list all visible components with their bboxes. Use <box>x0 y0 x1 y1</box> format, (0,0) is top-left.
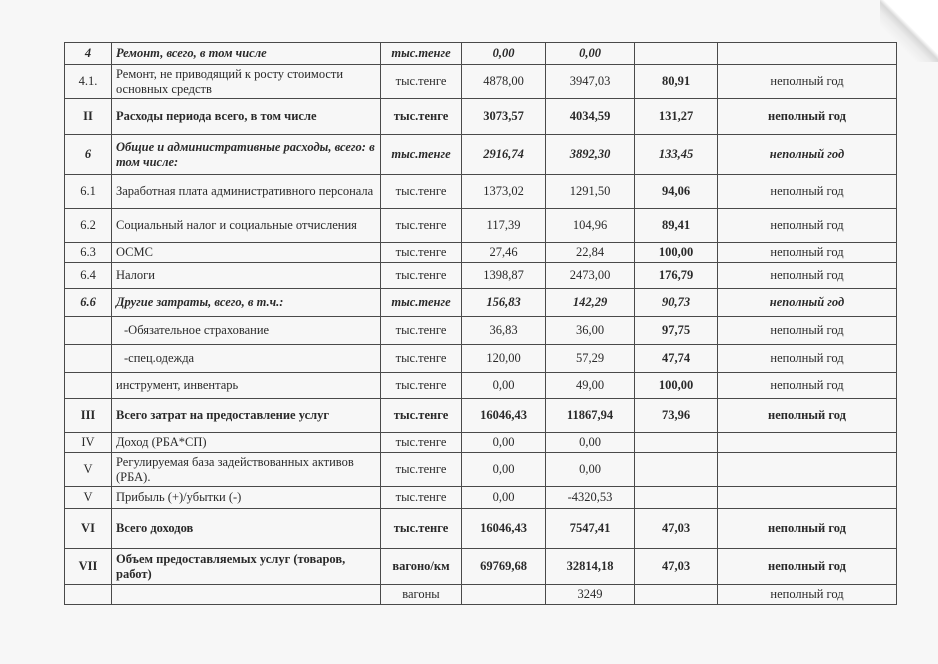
row-value-actual: 142,29 <box>546 289 635 317</box>
table-row: 6Общие и административные расходы, всего… <box>65 135 897 175</box>
row-number: 6.1 <box>65 175 112 209</box>
row-number <box>65 317 112 345</box>
row-unit: тыс.тенге <box>381 289 462 317</box>
row-note: неполный год <box>718 65 897 99</box>
row-value-plan: 0,00 <box>462 453 546 487</box>
financial-report-table: 4Ремонт, всего, в том числетыс.тенге0,00… <box>64 42 897 605</box>
row-item-name: Общие и административные расходы, всего:… <box>112 135 381 175</box>
row-value-actual: 57,29 <box>546 345 635 373</box>
row-item-name: Налоги <box>112 263 381 289</box>
table-row: 6.4Налогитыс.тенге1398,872473,00176,79не… <box>65 263 897 289</box>
row-note: неполный год <box>718 175 897 209</box>
row-percent: 94,06 <box>635 175 718 209</box>
row-note: неполный год <box>718 289 897 317</box>
row-unit: вагоно/км <box>381 549 462 585</box>
row-unit: тыс.тенге <box>381 243 462 263</box>
row-item-name: Ремонт, не приводящий к росту стоимости … <box>112 65 381 99</box>
row-unit: тыс.тенге <box>381 345 462 373</box>
row-item-name: -спец.одежда <box>112 345 381 373</box>
row-item-name: Всего доходов <box>112 509 381 549</box>
table-row: 6.1Заработная плата административного пе… <box>65 175 897 209</box>
row-value-actual: 104,96 <box>546 209 635 243</box>
row-value-actual: 36,00 <box>546 317 635 345</box>
row-value-plan: 0,00 <box>462 373 546 399</box>
row-number: III <box>65 399 112 433</box>
table-row: VПрибыль (+)/убытки (-)тыс.тенге0,00-432… <box>65 487 897 509</box>
row-percent: 80,91 <box>635 65 718 99</box>
row-number: V <box>65 453 112 487</box>
table-row: -спец.одеждатыс.тенге120,0057,2947,74неп… <box>65 345 897 373</box>
table-row: инструмент, инвентарьтыс.тенге0,0049,001… <box>65 373 897 399</box>
row-value-plan: 16046,43 <box>462 509 546 549</box>
row-percent <box>635 433 718 453</box>
row-value-actual: 22,84 <box>546 243 635 263</box>
row-number <box>65 345 112 373</box>
row-number: 6.6 <box>65 289 112 317</box>
row-unit: тыс.тенге <box>381 487 462 509</box>
row-number <box>65 373 112 399</box>
row-item-name: Заработная плата административного персо… <box>112 175 381 209</box>
row-item-name: Прибыль (+)/убытки (-) <box>112 487 381 509</box>
row-unit: тыс.тенге <box>381 399 462 433</box>
row-value-plan: 16046,43 <box>462 399 546 433</box>
row-number: II <box>65 99 112 135</box>
row-note: неполный год <box>718 243 897 263</box>
row-item-name: Регулируемая база задействованных активо… <box>112 453 381 487</box>
row-value-plan: 36,83 <box>462 317 546 345</box>
row-value-plan: 156,83 <box>462 289 546 317</box>
row-value-plan: 0,00 <box>462 433 546 453</box>
row-value-actual: -4320,53 <box>546 487 635 509</box>
row-number: 4.1. <box>65 65 112 99</box>
row-value-actual: 0,00 <box>546 453 635 487</box>
row-value-plan: 27,46 <box>462 243 546 263</box>
row-item-name: инструмент, инвентарь <box>112 373 381 399</box>
row-note: неполный год <box>718 399 897 433</box>
row-note: неполный год <box>718 209 897 243</box>
row-number: 6.2 <box>65 209 112 243</box>
row-percent: 47,74 <box>635 345 718 373</box>
table-row: 6.2Социальный налог и социальные отчисле… <box>65 209 897 243</box>
row-number: VII <box>65 549 112 585</box>
row-value-actual: 3249 <box>546 585 635 605</box>
row-unit: тыс.тенге <box>381 209 462 243</box>
row-unit: тыс.тенге <box>381 509 462 549</box>
row-unit: тыс.тенге <box>381 175 462 209</box>
row-number <box>65 585 112 605</box>
row-percent: 100,00 <box>635 373 718 399</box>
row-percent <box>635 585 718 605</box>
row-item-name: Другие затраты, всего, в т.ч.: <box>112 289 381 317</box>
row-unit: тыс.тенге <box>381 263 462 289</box>
row-item-name: -Обязательное страхование <box>112 317 381 345</box>
table-row: 6.6Другие затраты, всего, в т.ч.:тыс.тен… <box>65 289 897 317</box>
row-note: неполный год <box>718 263 897 289</box>
table-row: VРегулируемая база задействованных актив… <box>65 453 897 487</box>
row-item-name: Социальный налог и социальные отчисления <box>112 209 381 243</box>
row-value-actual: 1291,50 <box>546 175 635 209</box>
row-percent: 133,45 <box>635 135 718 175</box>
table-row: VIВсего доходовтыс.тенге16046,437547,414… <box>65 509 897 549</box>
row-number: 4 <box>65 43 112 65</box>
row-item-name: Расходы периода всего, в том числе <box>112 99 381 135</box>
row-note: неполный год <box>718 135 897 175</box>
row-number: V <box>65 487 112 509</box>
row-note <box>718 43 897 65</box>
row-percent: 47,03 <box>635 509 718 549</box>
row-value-plan: 117,39 <box>462 209 546 243</box>
row-item-name <box>112 585 381 605</box>
row-value-plan: 2916,74 <box>462 135 546 175</box>
row-note <box>718 487 897 509</box>
row-value-actual: 0,00 <box>546 433 635 453</box>
table-row: IIIВсего затрат на предоставление услугт… <box>65 399 897 433</box>
row-item-name: Ремонт, всего, в том числе <box>112 43 381 65</box>
row-value-plan: 1398,87 <box>462 263 546 289</box>
row-note: неполный год <box>718 509 897 549</box>
row-percent: 47,03 <box>635 549 718 585</box>
table-row: 4.1.Ремонт, не приводящий к росту стоимо… <box>65 65 897 99</box>
table-row: 6.3ОСМСтыс.тенге27,4622,84100,00неполный… <box>65 243 897 263</box>
row-value-plan: 69769,68 <box>462 549 546 585</box>
row-number: 6.3 <box>65 243 112 263</box>
row-value-plan: 4878,00 <box>462 65 546 99</box>
row-percent: 97,75 <box>635 317 718 345</box>
row-number: 6 <box>65 135 112 175</box>
row-item-name: Доход (РБА*СП) <box>112 433 381 453</box>
row-value-plan: 1373,02 <box>462 175 546 209</box>
row-value-actual: 3947,03 <box>546 65 635 99</box>
row-number: 6.4 <box>65 263 112 289</box>
table-row: 4Ремонт, всего, в том числетыс.тенге0,00… <box>65 43 897 65</box>
row-percent: 100,00 <box>635 243 718 263</box>
row-value-actual: 32814,18 <box>546 549 635 585</box>
row-value-actual: 3892,30 <box>546 135 635 175</box>
table-row: -Обязательное страхованиетыс.тенге36,833… <box>65 317 897 345</box>
row-percent <box>635 453 718 487</box>
row-value-actual: 0,00 <box>546 43 635 65</box>
row-unit: тыс.тенге <box>381 43 462 65</box>
table-row: VIIОбъем предоставляемых услуг (товаров,… <box>65 549 897 585</box>
table-row: IIРасходы периода всего, в том числетыс.… <box>65 99 897 135</box>
row-note <box>718 453 897 487</box>
row-value-actual: 7547,41 <box>546 509 635 549</box>
row-note: неполный год <box>718 585 897 605</box>
row-value-plan: 120,00 <box>462 345 546 373</box>
row-value-actual: 11867,94 <box>546 399 635 433</box>
row-number: IV <box>65 433 112 453</box>
row-value-plan: 0,00 <box>462 487 546 509</box>
table-row: IVДоход (РБА*СП)тыс.тенге0,000,00 <box>65 433 897 453</box>
row-note <box>718 433 897 453</box>
row-percent: 90,73 <box>635 289 718 317</box>
row-number: VI <box>65 509 112 549</box>
row-percent <box>635 43 718 65</box>
row-item-name: Объем предоставляемых услуг (товаров, ра… <box>112 549 381 585</box>
row-unit: тыс.тенге <box>381 65 462 99</box>
row-unit: тыс.тенге <box>381 99 462 135</box>
row-percent: 176,79 <box>635 263 718 289</box>
row-value-actual: 4034,59 <box>546 99 635 135</box>
row-unit: вагоны <box>381 585 462 605</box>
row-unit: тыс.тенге <box>381 373 462 399</box>
row-unit: тыс.тенге <box>381 135 462 175</box>
row-value-actual: 49,00 <box>546 373 635 399</box>
row-item-name: ОСМС <box>112 243 381 263</box>
row-note: неполный год <box>718 99 897 135</box>
row-percent <box>635 487 718 509</box>
row-note: неполный год <box>718 373 897 399</box>
row-percent: 131,27 <box>635 99 718 135</box>
row-value-plan: 3073,57 <box>462 99 546 135</box>
table-row: вагоны3249неполный год <box>65 585 897 605</box>
row-unit: тыс.тенге <box>381 317 462 345</box>
row-percent: 73,96 <box>635 399 718 433</box>
row-unit: тыс.тенге <box>381 433 462 453</box>
row-value-plan <box>462 585 546 605</box>
row-note: неполный год <box>718 549 897 585</box>
row-value-plan: 0,00 <box>462 43 546 65</box>
row-note: неполный год <box>718 345 897 373</box>
row-note: неполный год <box>718 317 897 345</box>
row-percent: 89,41 <box>635 209 718 243</box>
row-item-name: Всего затрат на предоставление услуг <box>112 399 381 433</box>
row-unit: тыс.тенге <box>381 453 462 487</box>
row-value-actual: 2473,00 <box>546 263 635 289</box>
